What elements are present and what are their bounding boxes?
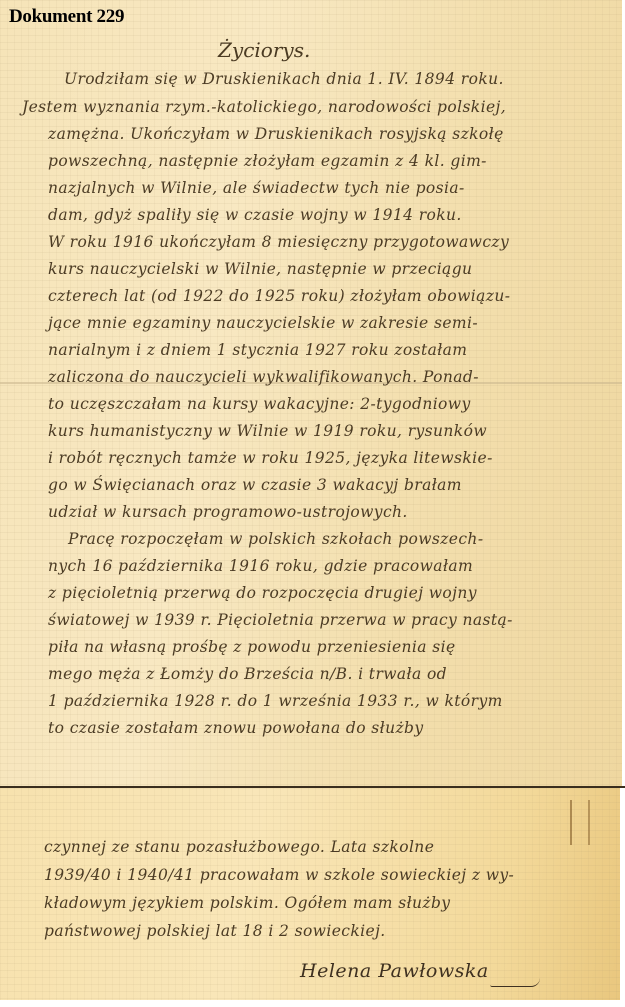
text-line: z pięcioletnią przerwą do rozpoczęcia dr… — [48, 584, 477, 602]
text-line: czterech lat (od 1922 do 1925 roku) złoż… — [48, 287, 510, 305]
text-line: Pracę rozpoczęłam w polskich szkołach po… — [68, 530, 483, 548]
text-line: 1939/40 i 1940/41 pracowałam w szkole so… — [44, 866, 514, 884]
text-line: Jestem wyznania rzym.-katolickiego, naro… — [22, 98, 506, 116]
text-line: mego męża z Łomży do Brześcia n/B. i trw… — [48, 665, 447, 683]
text-line: powszechną, następnie złożyłam egzamin z… — [48, 152, 487, 170]
text-line: to uczęszczałam na kursy wakacyjne: 2-ty… — [48, 395, 471, 413]
text-line: to czasie zostałam znowu powołana do słu… — [48, 719, 424, 737]
text-line: narialnym i z dniem 1 stycznia 1927 roku… — [48, 341, 467, 359]
ink-stain — [570, 800, 590, 845]
document-label: Dokument 229 — [9, 6, 124, 28]
text-line: światowej w 1939 r. Pięcioletnia przerwa… — [48, 611, 513, 629]
text-line: piła na własną prośbę z powodu przeniesi… — [48, 638, 456, 656]
text-line: 1 października 1928 r. do 1 września 193… — [48, 692, 503, 710]
text-line: Urodziłam się w Druskienikach dnia 1. IV… — [64, 70, 504, 88]
text-line: kładowym językiem polskim. Ogółem mam sł… — [44, 894, 450, 912]
text-line: W roku 1916 ukończyłam 8 miesięczny przy… — [48, 233, 509, 251]
text-line: go w Święcianach oraz w czasie 3 wakacyj… — [48, 476, 462, 494]
text-line: udział w kursach programowo-ustrojowych. — [48, 503, 408, 521]
text-line: nych 16 października 1916 roku, gdzie pr… — [48, 557, 473, 575]
text-line: dam, gdyż spaliły się w czasie wojny w 1… — [48, 206, 462, 224]
text-line: czynnej ze stanu pozasłużbowego. Lata sz… — [44, 838, 434, 856]
text-line: państwowej polskiej lat 18 i 2 sowieckie… — [44, 922, 386, 940]
text-line: kurs nauczycielski w Wilnie, następnie w… — [48, 260, 472, 278]
text-line: zamężna. Ukończyłam w Druskienikach rosy… — [48, 125, 504, 143]
text-line: jące mnie egzaminy nauczycielskie w zakr… — [48, 314, 478, 332]
text-line: nazjalnych w Wilnie, ale świadectw tych … — [48, 179, 465, 197]
text-line: kurs humanistyczny w Wilnie w 1919 roku,… — [48, 422, 487, 440]
text-line: zaliczona do nauczycieli wykwalifikowany… — [48, 368, 479, 386]
signature-flourish — [490, 978, 540, 987]
signature: Helena Pawłowska — [300, 960, 489, 982]
document-title: Życiorys. — [218, 38, 310, 62]
text-line: i robót ręcznych tamże w roku 1925, języ… — [48, 449, 493, 467]
